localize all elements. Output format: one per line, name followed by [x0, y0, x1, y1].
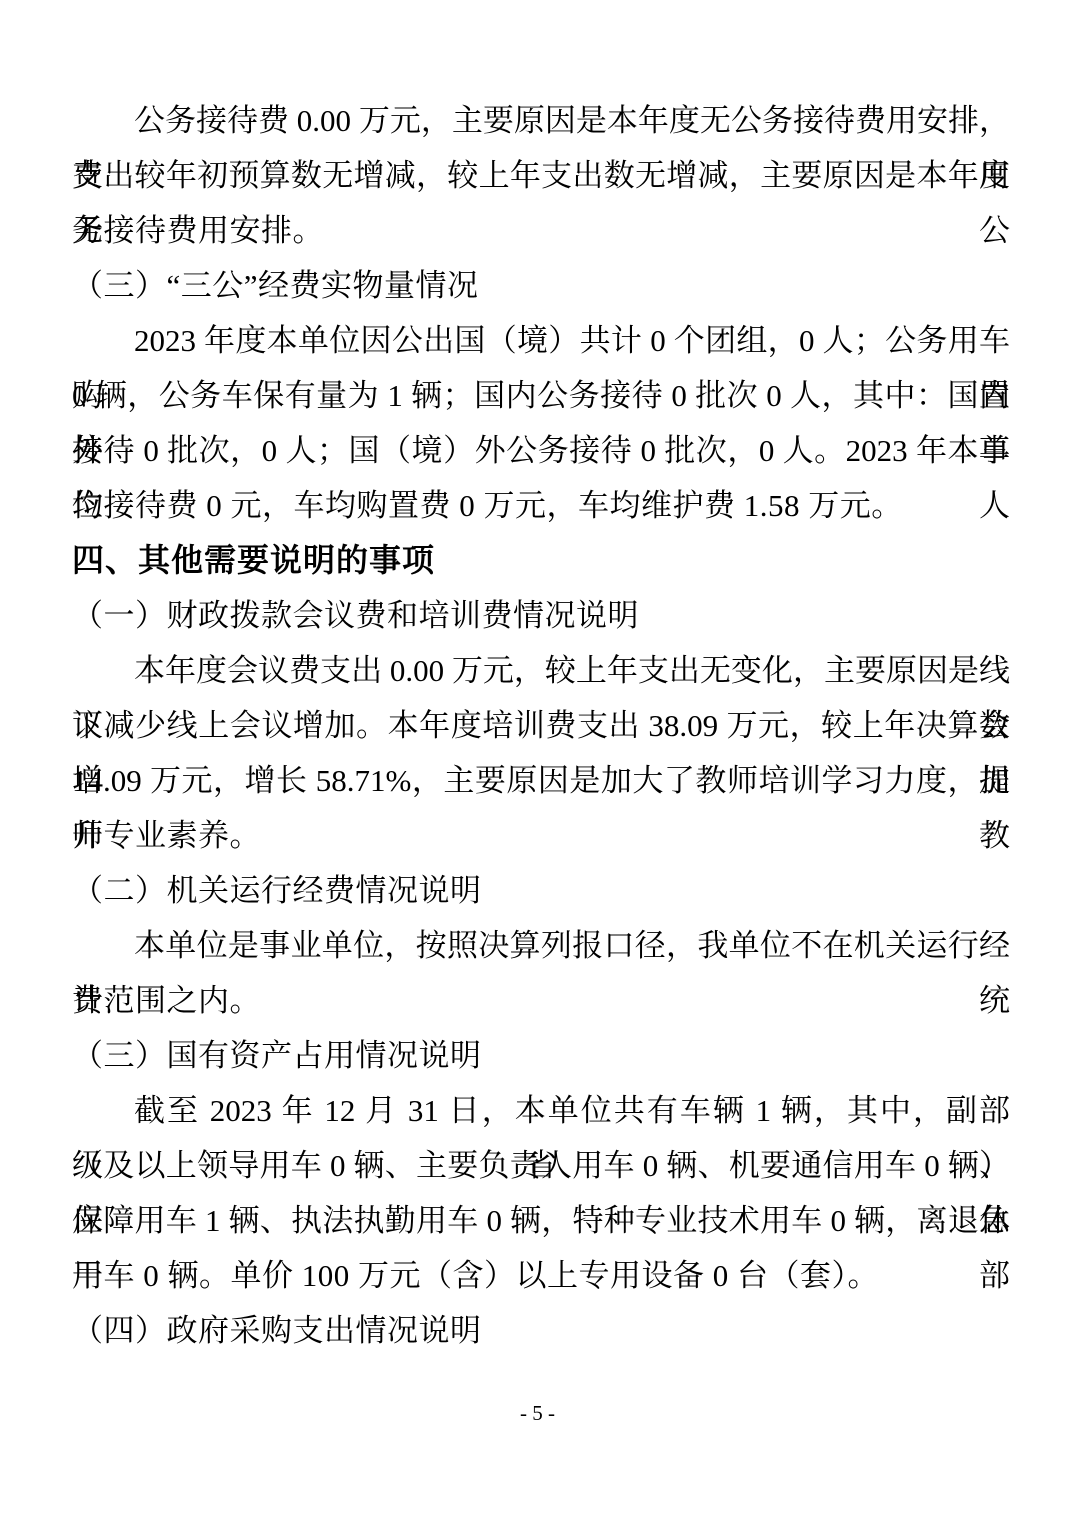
body-text-line: 本年度会议费支出 0.00 万元，较上年支出无变化，主要原因是线下会	[72, 643, 1010, 698]
body-text-line: 14.09 万元，增长 58.71%，主要原因是加大了教师培训学习力度，提升教	[72, 753, 1010, 808]
document-text-block: 公务接待费 0.00 万元，主要原因是本年度无公务接待费用安排，费用支出较年初预…	[72, 93, 1010, 1358]
body-text-line: 用车 0 辆。单价 100 万元（含）以上专用设备 0 台（套）。	[72, 1248, 1010, 1303]
document-page: 公务接待费 0.00 万元，主要原因是本年度无公务接待费用安排，费用支出较年初预…	[0, 0, 1075, 1520]
body-text-line: 0 辆，公务车保有量为 1 辆；国内公务接待 0 批次 0 人，其中：国内外事	[72, 368, 1010, 423]
body-text-line: 均接待费 0 元，车均购置费 0 万元，车均维护费 1.58 万元。	[72, 478, 1010, 533]
subsection-heading: （三）国有资产占用情况说明	[72, 1028, 1010, 1083]
body-text-line: 接待 0 批次，0 人；国（境）外公务接待 0 批次，0 人。2023 年本单位…	[72, 423, 1010, 478]
page-number: - 5 -	[520, 1401, 555, 1425]
page-footer: - 5 -	[0, 1398, 1075, 1428]
subsection-heading: （一）财政拨款会议费和培训费情况说明	[72, 588, 1010, 643]
subsection-heading: （四）政府采购支出情况说明	[72, 1303, 1010, 1358]
body-text-line: 支出较年初预算数无增减，较上年支出数无增减，主要原因是本年度无公	[72, 148, 1010, 203]
body-text-line: 2023 年度本单位因公出国（境）共计 0 个团组，0 人；公务用车购置	[72, 313, 1010, 368]
subsection-heading: （三）“三公”经费实物量情况	[72, 258, 1010, 313]
body-text-line: 议减少线上会议增加。本年度培训费支出 38.09 万元，较上年决算数增加	[72, 698, 1010, 753]
section-heading: 四、其他需要说明的事项	[72, 533, 1010, 588]
subsection-heading: （二）机关运行经费情况说明	[72, 863, 1010, 918]
body-text-line: 本单位是事业单位，按照决算列报口径，我单位不在机关运行经费统	[72, 918, 1010, 973]
body-text-line: 截至 2023 年 12 月 31 日，本单位共有车辆 1 辆，其中，副部（省）	[72, 1083, 1010, 1138]
body-text-line: 公务接待费 0.00 万元，主要原因是本年度无公务接待费用安排，费用	[72, 93, 1010, 148]
body-text-line: 保障用车 1 辆、执法执勤用车 0 辆，特种专业技术用车 0 辆，离退休干部	[72, 1193, 1010, 1248]
body-text-line: 级及以上领导用车 0 辆、主要负责人用车 0 辆、机要通信用车 0 辆、应急	[72, 1138, 1010, 1193]
